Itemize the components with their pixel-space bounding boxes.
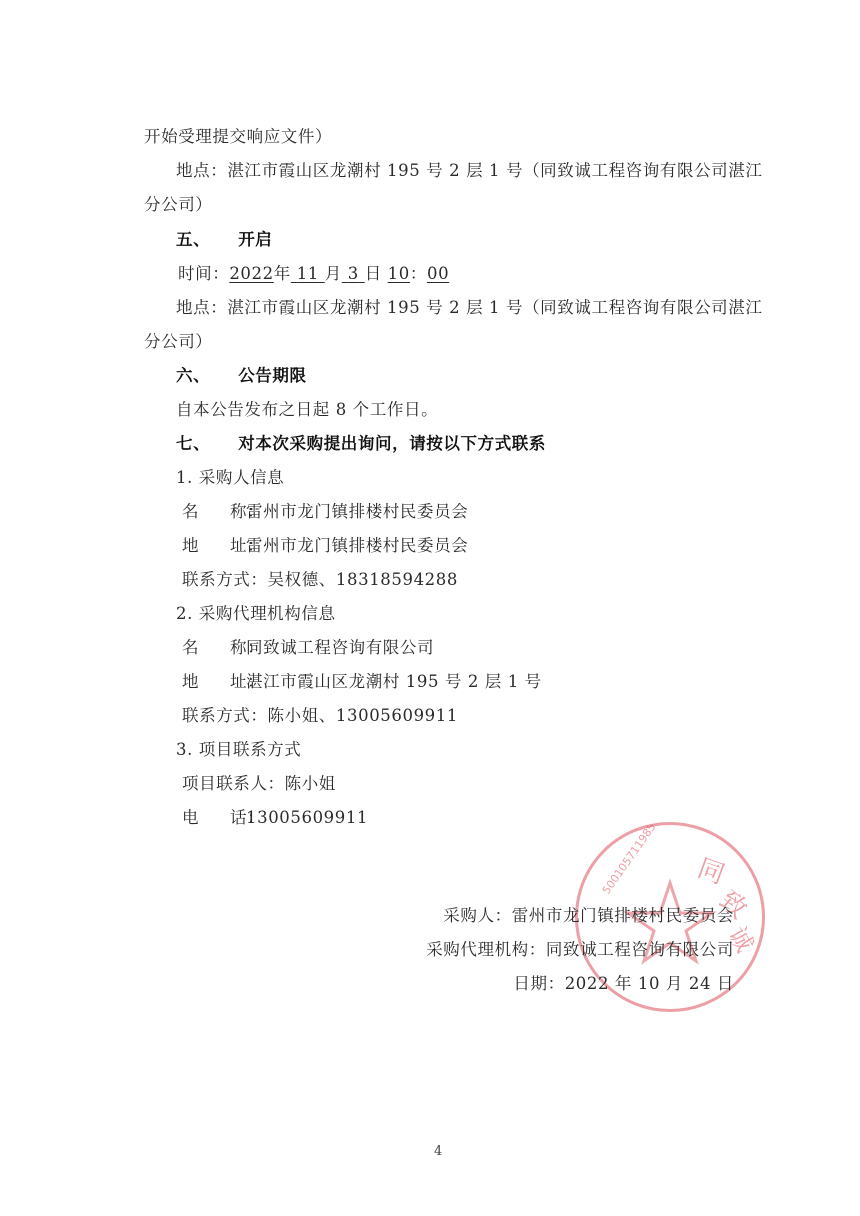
agency-contact-value: 陈小姐、13005609911 [268,706,458,725]
project-phone: 电话：13005609911 [182,807,368,829]
location-text: 湛江市霞山区龙潮村 195 号 2 层 1 号（同致诚工程咨询有限公司湛江 [227,298,762,317]
phone-label: 电话： [182,807,246,829]
agency-address: 地址：湛江市霞山区龙潮村 195 号 2 层 1 号 [182,671,542,693]
purchaser-address-value: 雷州市龙门镇排楼村民委员会 [246,536,468,555]
name-label: 名称： [182,501,246,523]
label-part-a: 名 [182,637,230,659]
agency-heading: 2. 采购代理机构信息 [176,603,336,625]
contact-label: 联系方式： [182,570,268,589]
section-title: 对本次采购提出询问，请按以下方式联系 [238,434,546,453]
location-label: 地点： [176,161,227,180]
signature-purchaser: 采购人：雷州市龙门镇排楼村民委员会 [443,905,734,927]
address-label: 地址： [182,535,246,557]
page-number: 4 [434,1144,442,1159]
minute-value: 00 [427,264,449,283]
hour-value: 10 [388,264,410,283]
agency-contact: 联系方式：陈小姐、13005609911 [182,705,458,727]
opening-time: 时间：2022年 11 月 3 日 10：00 [178,263,449,285]
section-number: 六、 [176,366,210,385]
signature-date: 日期：2022 年 10 月 24 日 [513,973,734,995]
project-heading: 3. 项目联系方式 [176,739,301,761]
continuation-line: 开始受理提交响应文件） [144,126,332,148]
section5-heading: 五、开启 [176,229,272,251]
address-label: 地址： [182,671,246,693]
section-title: 公告期限 [238,366,306,385]
svg-text:同: 同 [694,853,729,890]
year-unit: 年 [274,264,291,283]
section-number: 五、 [176,230,210,249]
label-part-a: 地 [182,535,230,557]
label-part-a: 地 [182,671,230,693]
location-label: 地点： [176,298,227,317]
purchaser-address: 地址：雷州市龙门镇排楼村民委员会 [182,535,468,557]
label-part-a: 电 [182,807,230,829]
purchaser-name: 名称：雷州市龙门镇排楼村民委员会 [182,501,468,523]
agency-name-value: 同致诚工程咨询有限公司 [246,638,434,657]
section7-heading: 七、对本次采购提出询问，请按以下方式联系 [176,433,546,455]
agency-name: 名称：同致诚工程咨询有限公司 [182,637,434,659]
name-label: 名称： [182,637,246,659]
location-text: 湛江市霞山区龙潮村 195 号 2 层 1 号（同致诚工程咨询有限公司湛江 [227,161,762,180]
section5-location-line1: 地点：湛江市霞山区龙潮村 195 号 2 层 1 号（同致诚工程咨询有限公司湛江 [176,297,762,319]
section4-location-line1: 地点：湛江市霞山区龙潮村 195 号 2 层 1 号（同致诚工程咨询有限公司湛江 [176,160,762,182]
person-value: 陈小姐 [285,774,336,793]
person-label: 项目联系人： [182,774,285,793]
signature-agency: 采购代理机构：同致诚工程咨询有限公司 [426,939,734,961]
month-text: 11 [297,264,319,283]
purchaser-contact-value: 吴权德、18318594288 [268,570,458,589]
year-value: 2022 [229,264,273,283]
purchaser-heading: 1. 采购人信息 [176,467,284,489]
section6-heading: 六、公告期限 [176,365,307,387]
project-contact-person: 项目联系人：陈小姐 [182,773,336,795]
announcement-period: 自本公告发布之日起 8 个工作日。 [176,399,438,421]
purchaser-name-value: 雷州市龙门镇排楼村民委员会 [246,502,468,521]
time-label: 时间： [178,264,229,283]
section5-location-line2: 分公司） [144,331,212,353]
contact-label: 联系方式： [182,706,268,725]
month-unit: 月 [325,264,342,283]
day-text: 3 [348,264,359,283]
purchaser-contact: 联系方式：吴权德、18318594288 [182,569,458,591]
label-part-a: 名 [182,501,230,523]
day-unit: 日 [365,264,382,283]
section4-location-line2: 分公司） [144,194,212,216]
time-colon: ： [410,264,427,283]
agency-address-value: 湛江市霞山区龙潮村 195 号 2 层 1 号 [246,672,542,691]
section-number: 七、 [176,434,210,453]
month-value: 11 [291,264,325,283]
day-value: 3 [342,264,365,283]
svg-text:5001057119856: 5001057119856 [600,825,663,897]
phone-value: 13005609911 [246,808,368,827]
section-title: 开启 [238,230,272,249]
